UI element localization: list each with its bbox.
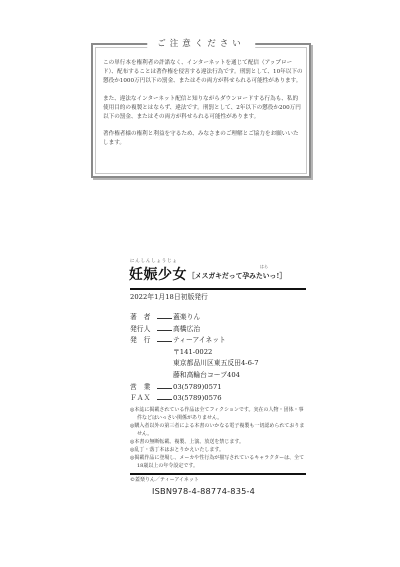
notice-title: ご注意ください <box>147 38 255 50</box>
credit-label: 発 行 <box>130 335 156 347</box>
credit-label: 著 者 <box>130 312 156 324</box>
fax-number: 03(5789)0576 <box>173 393 222 405</box>
publication-date: 2022年1月18日初版発行 <box>130 292 306 302</box>
notice-paragraph-download: また、違法なインターネット配信と知りながらダウンロードする行為も、私的使用目的の… <box>103 95 303 123</box>
note-digital-copy: ◎購入者以外の第三者による本書のいかなる電子複製も一切認められておりません。 <box>130 422 306 438</box>
contact-label: ＦＡＸ <box>130 393 156 405</box>
contact-sales: 営 業 03(5789)0571 <box>130 382 306 394</box>
copyright-notice-box: ご注意ください この単行本を権利者の許諾なく、インターネットを通じて配信（アップ… <box>91 43 311 178</box>
contact-label: 営 業 <box>130 382 156 394</box>
note-reproduction: ◎本書の無断転載、複製、上演、放送を禁じます。 <box>130 438 306 446</box>
credit-author: 著 者 蓋楽りん <box>130 312 306 324</box>
dash-rule <box>157 318 172 324</box>
notice-body: この単行本を権利者の許諾なく、インターネットを通じて配信（アップロード）、配布す… <box>103 59 303 157</box>
copyright-line: ©蓋楽りん／ティーアイネット <box>130 476 306 485</box>
book-title: 妊娠少女 <box>129 264 187 284</box>
note-fiction: ◎本誌に掲載されている作品は全てフィクションです。実在の人物・団体・事件などはい… <box>130 406 306 422</box>
contact-fax: ＦＡＸ 03(5789)0576 <box>130 393 306 405</box>
publisher-person-name: 高橋広治 <box>173 324 200 336</box>
credits-block: 著 者 蓋楽りん 発行人 高橋広治 発 行 ティーアイネット 〒141-0022… <box>130 312 306 405</box>
address-line-2: 藤和高輪台コープ404 <box>173 370 306 382</box>
sales-phone: 03(5789)0571 <box>173 382 222 394</box>
colophon: にんしんしょうじょ 妊娠少女 はら ［メスガキだって孕みたいっ!］ 2022年1… <box>130 258 306 496</box>
address-line-1: 東京都品川区東五反田4-6-7 <box>173 358 306 370</box>
book-title-block: にんしんしょうじょ 妊娠少女 はら ［メスガキだって孕みたいっ!］ <box>130 258 306 286</box>
isbn: ISBN978-4-88774-835-4 <box>152 486 306 496</box>
credit-publisher: 発 行 ティーアイネット <box>130 335 306 347</box>
note-replacement: ◎乱丁・落丁本はおとりかえいたします。 <box>130 446 306 454</box>
title-divider <box>130 288 306 290</box>
legal-notes: ◎本誌に掲載されている作品は全てフィクションです。実在の人物・団体・事件などはい… <box>130 406 306 470</box>
footer-divider <box>130 473 306 475</box>
dash-rule <box>157 330 172 336</box>
credit-publisher-person: 発行人 高橋広治 <box>130 324 306 336</box>
author-name: 蓋楽りん <box>173 312 200 324</box>
dash-rule <box>157 341 172 347</box>
dash-rule <box>157 399 172 405</box>
book-subtitle: ［メスガキだって孕みたいっ!］ <box>188 270 286 280</box>
note-age-setting: ◎掲載作品に登場し、メーカや性行為が描写されているキャラクターは、全て18歳以上… <box>130 454 306 470</box>
credit-label: 発行人 <box>130 324 156 336</box>
notice-paragraph-cooperation: 著作権者様の権利と利益を守るため、みなさまのご理解とご協力をお願いいたします。 <box>103 130 303 148</box>
notice-paragraph-upload: この単行本を権利者の許諾なく、インターネットを通じて配信（アップロード）、配布す… <box>103 59 303 87</box>
postal-code: 〒141-0022 <box>173 347 306 359</box>
dash-rule <box>157 388 172 394</box>
publisher-address: 〒141-0022 東京都品川区東五反田4-6-7 藤和高輪台コープ404 <box>130 347 306 382</box>
publisher-name: ティーアイネット <box>173 335 226 347</box>
